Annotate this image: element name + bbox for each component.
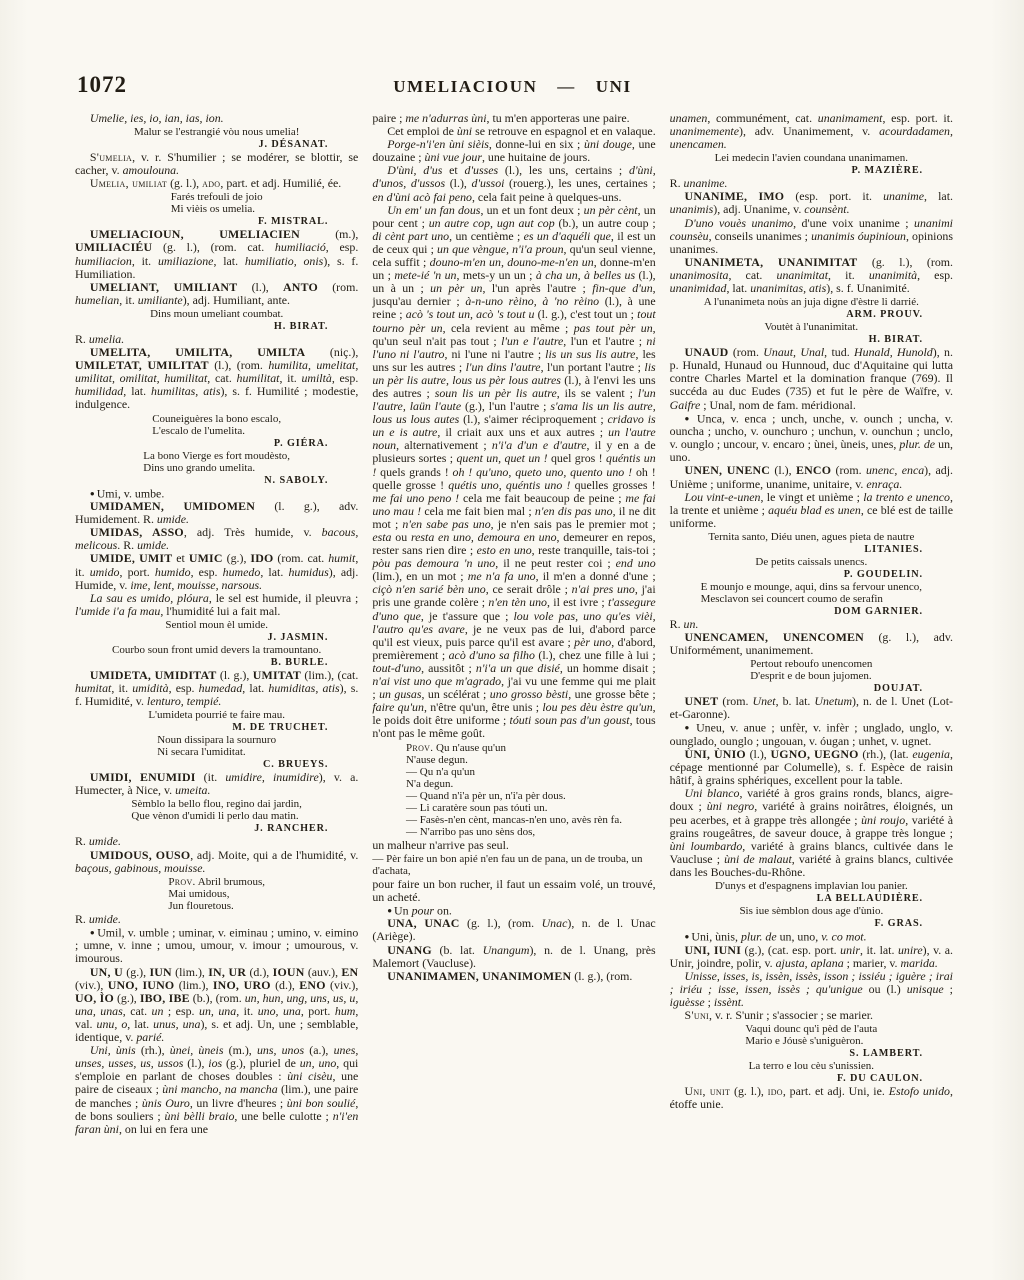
verse-citation: Dins moun umeliant coumbat. bbox=[150, 308, 283, 320]
text-run: UNENCAMEN, UNENCOMEN bbox=[685, 630, 864, 644]
text-run: ), adj. Humiliant, ante. bbox=[183, 293, 290, 307]
text-run: umidire, inumidire bbox=[225, 770, 318, 784]
verse-citation: Noun dissipara la sournuroNi secara l'um… bbox=[157, 734, 276, 758]
reference-line: R. umide. bbox=[75, 913, 358, 926]
text-run: ou (l.) bbox=[863, 982, 907, 996]
text-run: d'ussoi bbox=[472, 176, 505, 190]
text-run: quétis uno, quéntis uno ! bbox=[448, 478, 570, 492]
author-attribution: P. GOUDELIN. bbox=[670, 569, 953, 580]
text-run: R. bbox=[75, 332, 89, 346]
dictionary-entry: UMIDE, UMIT et UMIC (g.), IDO (rom. cat.… bbox=[75, 552, 358, 591]
text-run: (g. l.), (rom. bbox=[857, 255, 953, 269]
text-line: ● Umil, v. umble ; uminar, v. eiminau ; … bbox=[75, 926, 358, 966]
text-line: UMIDAMEN, UMIDOMEN (l. g.), adv. Humidem… bbox=[75, 500, 358, 526]
text-run: UMELIACIOUN, UMELIACIEN bbox=[90, 227, 300, 241]
author-attribution: F. MISTRAL. bbox=[75, 216, 358, 227]
author-attribution: N. SABOLY. bbox=[75, 475, 358, 486]
text-line: Lou vint-e-unen, le vingt et unième ; la… bbox=[670, 491, 953, 530]
text-line: S. LAMBERT. bbox=[670, 1048, 923, 1059]
text-run: F. GRAS. bbox=[875, 918, 923, 929]
text-line: N'ause degun. bbox=[406, 754, 622, 766]
text-run: (l.), les uns, certains ; bbox=[498, 163, 629, 177]
text-run: la trento e unenco bbox=[863, 490, 950, 504]
dictionary-entry: UN, U (g.), IUN (lim.), IN, UR (d.), IOU… bbox=[75, 966, 358, 1045]
text-run: umide. bbox=[89, 912, 121, 926]
verse-citation: E mounjo e mounge, aqui, dins sa fervour… bbox=[701, 581, 922, 605]
text-line: UNA, UNAC (g. l.), (rom. Unac), n. de l.… bbox=[372, 917, 655, 943]
text-run: UMIDE, UMIT bbox=[90, 551, 172, 565]
text-run: paire ; bbox=[372, 111, 405, 125]
dictionary-entry: UNET (rom. Unet, b. lat. Unetum), n. de … bbox=[670, 695, 953, 721]
text-run: unanime. bbox=[684, 176, 728, 190]
text-run: , esp. port. it. bbox=[882, 111, 953, 125]
text-line: UNENCAMEN, UNENCOMEN (g. l.), adv. Unifo… bbox=[670, 631, 953, 657]
text-run: , cela revient au même ; bbox=[443, 321, 574, 335]
author-attribution: J. RANCHER. bbox=[75, 823, 358, 834]
text-run: (d.), bbox=[246, 965, 272, 979]
text-run: (niç.), bbox=[305, 345, 358, 359]
text-run: D'ùni, d'us bbox=[387, 163, 442, 177]
text-run: Qu n'ause qu'un bbox=[433, 742, 506, 754]
text-run: Umelie, ies, io, ian, ias, ion. bbox=[90, 111, 224, 125]
text-line: UNANG (b. lat. Unangum), n. de l. Unang,… bbox=[372, 944, 655, 970]
text-run: Dins moun umeliant coumbat. bbox=[150, 308, 283, 320]
text-line: Umelia, umiliat (g. l.), ado, part. et a… bbox=[75, 177, 358, 190]
text-run: un malheur n'arrive pas seul. bbox=[372, 838, 509, 852]
text-line: UNANIMETA, UNANIMITAT (g. l.), (rom. una… bbox=[670, 256, 953, 295]
dictionary-entry: D'ùni, d'us et d'usses (l.), les uns, ce… bbox=[372, 164, 655, 203]
text-run: unus, una bbox=[153, 1017, 200, 1031]
text-run: P. GIÉRA. bbox=[274, 438, 328, 449]
text-line: ● Umi, v. umbe. bbox=[75, 487, 358, 501]
text-run: Gaifre bbox=[670, 398, 701, 412]
text-run: n'en sabe pas uno bbox=[402, 517, 490, 531]
text-run: Voutèt à l'unanimitat. bbox=[764, 321, 858, 333]
text-run: Noun dissipara la sournuro bbox=[157, 734, 276, 746]
text-run: un que vèngue, n'i'a proun bbox=[437, 242, 564, 256]
paragraph-continuation: un malheur n'arrive pas seul. bbox=[372, 839, 655, 852]
text-line: E mounjo e mounge, aqui, dins sa fervour… bbox=[701, 581, 922, 593]
text-run: , port. bbox=[119, 565, 154, 579]
text-run: humiditas, atis bbox=[268, 681, 339, 695]
text-run: (l. g.), c'est tout un ; bbox=[535, 307, 638, 321]
text-run: (viv.), bbox=[75, 978, 108, 992]
text-run: UNANIME, IMO bbox=[685, 189, 785, 203]
text-run: , reste tranquille, tais-toi ; bbox=[532, 543, 656, 557]
verse-citation: D'unys et d'espagnens implavian lou pani… bbox=[715, 880, 908, 892]
text-line: F. DU CAULON. bbox=[670, 1073, 923, 1084]
text-line: H. BIRAT. bbox=[75, 321, 328, 332]
dictionary-entry: ● Umil, v. umble ; uminar, v. eiminau ; … bbox=[75, 926, 358, 966]
text-run: unanimosita bbox=[670, 268, 729, 282]
author-attribution: DOUJAT. bbox=[670, 683, 953, 694]
text-line: Uni, ùnis (rh.), ùnei, ùneis (m.), uns, … bbox=[75, 1044, 358, 1136]
text-run: (g.), bbox=[223, 551, 251, 565]
text-run: Vaqui dounc qu'i pèd de l'auta bbox=[745, 1023, 877, 1035]
text-run: Sis iue sèmblon dous age d'ùnio. bbox=[739, 905, 883, 917]
text-run: , lat. bbox=[127, 1017, 153, 1031]
text-run: Umil, v. umble ; uminar, v. eiminau ; um… bbox=[75, 925, 358, 965]
author-attribution: F. DU CAULON. bbox=[670, 1073, 953, 1084]
text-run: unanimità bbox=[869, 268, 917, 282]
text-line: pour faire un bon rucher, il faut un ess… bbox=[372, 878, 655, 904]
text-line: Mario e Jóusè s'uniguèron. bbox=[745, 1035, 877, 1047]
text-run: Mario e Jóusè s'uniguèron. bbox=[745, 1035, 863, 1047]
text-line: UMIDE, UMIT et UMIC (g.), IDO (rom. cat.… bbox=[75, 552, 358, 591]
text-run: UNA, UNAC bbox=[387, 916, 459, 930]
text-run: un autre cop, ugn aut cop bbox=[429, 216, 555, 230]
text-run: (g.), (cat. esp. port. bbox=[741, 943, 840, 957]
text-run: Couneiguères la bono escalo, bbox=[152, 413, 281, 425]
text-run: IDO bbox=[250, 551, 273, 565]
text-run: Que vènon d'umidi li perlo dau matin. bbox=[131, 810, 298, 822]
text-run: Sentiol moun èl umide. bbox=[165, 619, 268, 631]
text-run: ENO bbox=[299, 978, 325, 992]
text-run: (a.), bbox=[304, 1043, 333, 1057]
text-line: J. RANCHER. bbox=[75, 823, 328, 834]
text-run: , esp. bbox=[169, 681, 199, 695]
text-run: humiliació bbox=[275, 240, 326, 254]
text-run: , ce serait drôle ; bbox=[486, 582, 572, 596]
text-line: UNEN, UNENC (l.), ENCO (rom. unenc, enca… bbox=[670, 464, 953, 490]
text-run: un, uno, bbox=[777, 930, 822, 944]
text-run: faire qu'un bbox=[372, 700, 424, 714]
text-run: ùnei, ùneis bbox=[170, 1043, 224, 1057]
text-run: unir bbox=[840, 943, 860, 957]
dictionary-entry: S'uni, v. r. S'unir ; s'associer ; se ma… bbox=[670, 1009, 953, 1022]
text-line: Lei medecin l'avien coundana unanimamen. bbox=[715, 152, 909, 164]
dictionary-entry: UMELIANT, UMILIANT (l.), ANTO (rom. hume… bbox=[75, 281, 358, 307]
dictionary-entry: ● Uneu, v. anue ; unfèr, v. infèr ; ungl… bbox=[670, 721, 953, 748]
text-run: humiliatio, onis bbox=[245, 254, 323, 268]
text-run: acò 's tout un, acò 's tout u bbox=[406, 307, 535, 321]
text-run: ùni loumbardo bbox=[670, 839, 743, 853]
author-attribution: LITANIES. bbox=[670, 544, 953, 555]
text-line: Prov. Abril brumous, bbox=[168, 876, 265, 888]
text-line: Porge-n'i'en ùni sièis, donne-lui en six… bbox=[372, 138, 655, 164]
text-line: De petits caissals unencs. bbox=[755, 556, 867, 568]
text-run: , il criait aux uns et aux autres ; bbox=[437, 425, 608, 439]
text-run: quels grands ! bbox=[376, 465, 452, 479]
text-line: A l'unanimeta noùs an juja digne d'èstre… bbox=[704, 296, 919, 308]
text-run: humiliacion bbox=[75, 254, 132, 268]
text-run: Uni blanco bbox=[685, 786, 740, 800]
dictionary-entry: UMIDOUS, OUSO, adj. Moite, qui a de l'hu… bbox=[75, 849, 358, 875]
text-run: Uni, ùnis, bbox=[691, 930, 741, 944]
text-run: UMILETAT, UMILITAT bbox=[75, 358, 209, 372]
text-run: issènt. bbox=[714, 995, 744, 1009]
text-run: D'esprit e de boun jujomen. bbox=[750, 670, 871, 682]
text-run: , aussitôt ; bbox=[421, 661, 476, 675]
text-run: , v. r. S'unir ; s'associer ; se marier. bbox=[709, 1008, 873, 1022]
text-run: ● bbox=[685, 414, 697, 423]
text-line: un malheur n'arrive pas seul. bbox=[372, 839, 655, 852]
text-run: Lou vint-e-unen bbox=[685, 490, 761, 504]
text-run: Uni, ùnis bbox=[90, 1043, 136, 1057]
text-run: ; bbox=[944, 982, 953, 996]
text-run: Unetum bbox=[814, 694, 852, 708]
verse-citation: Sèmblo la bello flou, regino dai jardin,… bbox=[131, 798, 301, 822]
text-run: (lim.), bbox=[172, 965, 208, 979]
text-run: (rom. bbox=[718, 694, 752, 708]
text-run: lenturo, tempié. bbox=[147, 694, 222, 708]
text-run: unenc, enca bbox=[866, 463, 924, 477]
text-run: Uni, unit bbox=[685, 1084, 731, 1098]
dictionary-entry: UNANIMAMEN, UNANIMOMEN (l. g.), (rom. bbox=[372, 970, 655, 983]
text-run: humilitas, atis bbox=[151, 384, 220, 398]
text-run: UMIDOUS, OUSO bbox=[90, 848, 190, 862]
text-run: (g.), bbox=[123, 965, 149, 979]
text-run: (g. l.), (rom. cat. bbox=[152, 240, 275, 254]
text-run: , lat. bbox=[123, 384, 151, 398]
text-run: (l.), chez une fille à lui ; bbox=[535, 648, 656, 662]
verse-citation: Pertout reboufo unencomenD'esprit e de b… bbox=[750, 658, 872, 682]
text-line: UN, U (g.), IUN (lim.), IN, UR (d.), IOU… bbox=[75, 966, 358, 1045]
text-line: UMELITA, UMILITA, UMILTA (niç.), UMILETA… bbox=[75, 346, 358, 411]
text-line: Sis iue sèmblon dous age d'ùnio. bbox=[739, 905, 883, 917]
text-run: mete-ié 'n un bbox=[394, 268, 456, 282]
text-run: humelian bbox=[75, 293, 119, 307]
text-run: (g. l.), (rom. bbox=[460, 916, 542, 930]
text-run: H. BIRAT. bbox=[274, 321, 328, 332]
text-run: La sau es umido, plóura bbox=[90, 591, 209, 605]
verse-citation: A l'unanimeta noùs an juja digne d'èstre… bbox=[704, 296, 919, 308]
text-run: (l.), (rom. bbox=[209, 358, 269, 372]
text-line: UNI, IUNI (g.), (cat. esp. port. unir, i… bbox=[670, 944, 953, 970]
text-run: unanimis óupinioun bbox=[811, 229, 906, 243]
text-run: acò d'uno sa filho bbox=[449, 648, 535, 662]
text-line: Couneiguères la bono escalo, bbox=[152, 413, 281, 425]
text-run: UMITAT bbox=[253, 668, 301, 682]
dictionary-entry: UMELIACIOUN, UMELIACIEN (m.), UMILIACIÉU… bbox=[75, 228, 358, 280]
text-run: ENCO bbox=[796, 463, 831, 477]
text-run: UNANIMAMEN, UNANIMOMEN bbox=[387, 969, 571, 983]
text-run: (b.), un autre coup ; bbox=[555, 216, 656, 230]
text-run: unire bbox=[898, 943, 923, 957]
text-run: ùni douge bbox=[584, 137, 632, 151]
text-run: . R. bbox=[117, 538, 137, 552]
text-run: unanimitas, atis bbox=[750, 281, 826, 295]
verse-citation: Courbo soun front umid devers la tramoun… bbox=[112, 644, 321, 656]
text-run: v. co mot. bbox=[821, 930, 866, 944]
text-run: humedad bbox=[199, 681, 243, 695]
text-run: humilidad bbox=[75, 384, 123, 398]
text-run: LA BELLAUDIÈRE. bbox=[817, 893, 923, 904]
text-line: UMIDI, ENUMIDI (it. umidire, inumidire),… bbox=[75, 771, 358, 797]
text-run: (d.), bbox=[271, 978, 300, 992]
text-run: UMELIANT, UMILIANT bbox=[90, 280, 237, 294]
text-line: Mai umidous, bbox=[168, 888, 265, 900]
text-line: Courbo soun front umid devers la tramoun… bbox=[112, 644, 321, 656]
text-line: unamen, communément, cat. unanimament, e… bbox=[670, 112, 953, 151]
text-run: et bbox=[442, 163, 464, 177]
text-run: plur. de bbox=[899, 437, 935, 451]
text-run: umeita. bbox=[175, 783, 210, 797]
text-run: (l. g.), bbox=[217, 668, 253, 682]
text-run: , donne-lui en six ; bbox=[489, 137, 584, 151]
text-run: n'i'a un que disié bbox=[476, 661, 560, 675]
text-run: Dins uno grando umelita. bbox=[143, 462, 255, 474]
text-run: R. bbox=[75, 834, 89, 848]
text-run: ), s. f. Unanimité. bbox=[826, 281, 910, 295]
text-run: (l.), bbox=[746, 747, 771, 761]
text-run: , esp. bbox=[917, 268, 953, 282]
text-run: iguèsse bbox=[670, 995, 705, 1009]
text-run: J. JASMIN. bbox=[268, 632, 329, 643]
text-run: S'uni bbox=[685, 1008, 709, 1022]
text-run: , adj. Très humide, v. bbox=[184, 525, 322, 539]
text-run: cela me fait bien mal ; bbox=[421, 504, 535, 518]
text-run: P. GOUDELIN. bbox=[844, 569, 923, 580]
text-run: et bbox=[172, 551, 189, 565]
text-run: umiltà bbox=[301, 371, 331, 385]
verse-citation: L'umideta pourrié te faire mau. bbox=[148, 709, 285, 721]
text-line: Voutèt à l'unanimitat. bbox=[764, 321, 858, 333]
text-line: Malur se l'estrangié vòu nous umelia! bbox=[134, 126, 299, 138]
text-run: DOUJAT. bbox=[874, 683, 923, 694]
text-run: , le sel est humide, il pleuvra ; bbox=[209, 591, 358, 605]
text-line: LITANIES. bbox=[670, 544, 923, 555]
author-attribution: P. GIÉRA. bbox=[75, 438, 358, 449]
text-run: ùni cisèu bbox=[287, 1069, 332, 1083]
verse-citation: Ternita santo, Diéu unen, agues pieta de… bbox=[708, 531, 914, 543]
text-run: L'escalo de l'umelita. bbox=[152, 425, 245, 437]
text-line: UNANIME, IMO (esp. port. it. unanime, la… bbox=[670, 190, 953, 216]
text-line: UMELIACIOUN, UMELIACIEN (m.), UMILIACIÉU… bbox=[75, 228, 358, 280]
author-attribution: J. JASMIN. bbox=[75, 632, 358, 643]
text-run: , cat. bbox=[207, 371, 236, 385]
text-run: me n'adurras ùni bbox=[405, 111, 486, 125]
text-run: ùni bon soulié bbox=[287, 1096, 356, 1110]
text-run: ÙNI, ÙNIO bbox=[685, 747, 746, 761]
verse-citation: Vaqui dounc qu'i pèd de l'autaMario e Jó… bbox=[745, 1023, 877, 1047]
text-run: ; Unal, nom de fam. méridional. bbox=[700, 398, 856, 412]
text-run: unanime bbox=[883, 189, 924, 203]
author-attribution: P. MAZIÈRE. bbox=[670, 165, 953, 176]
text-line: ● Uneu, v. anue ; unfèr, v. infèr ; ungl… bbox=[670, 721, 953, 748]
text-run: (g.), bbox=[114, 991, 140, 1005]
text-run: eugenia bbox=[912, 747, 950, 761]
text-run: (rom. bbox=[831, 463, 866, 477]
text-run: E mounjo e mounge, aqui, dins sa fervour… bbox=[701, 581, 922, 593]
text-run: , part. et adj. Humilié, ée. bbox=[220, 176, 341, 190]
text-run: R. bbox=[670, 176, 684, 190]
text-run: Estofo unido bbox=[889, 1084, 950, 1098]
text-run: ANTO bbox=[283, 280, 318, 294]
verse-citation: Couneiguères la bono escalo,L'escalo de … bbox=[152, 413, 281, 437]
text-line: N. SABOLY. bbox=[75, 475, 328, 486]
text-run: (g. l.), bbox=[730, 1084, 768, 1098]
text-run: Sèmblo la bello flou, regino dai jardin, bbox=[131, 798, 301, 810]
text-line: Mesclavon sei councert coumo de serafin bbox=[701, 593, 922, 605]
text-line: F. MISTRAL. bbox=[75, 216, 328, 227]
text-run: , it. bbox=[111, 681, 132, 695]
text-run: , un et un font deux ; bbox=[480, 203, 583, 217]
text-run: , l'un et l'autre ; bbox=[563, 334, 646, 348]
text-run: d'usses bbox=[465, 163, 499, 177]
text-line: D'unys et d'espagnens implavian lou pani… bbox=[715, 880, 908, 892]
text-run: Un bbox=[394, 903, 412, 917]
text-column-1: Umelie, ies, io, ian, ias, ion.Malur se … bbox=[75, 112, 358, 1136]
author-attribution: ARM. PROUV. bbox=[670, 309, 953, 320]
text-run: Courbo soun front umid devers la tramoun… bbox=[112, 644, 321, 656]
text-line: S'uni, v. r. S'unir ; s'associer ; se ma… bbox=[670, 1009, 953, 1022]
text-run: H. BIRAT. bbox=[869, 334, 923, 345]
text-run: umiliante bbox=[138, 293, 183, 307]
text-run: pas tout pèr un bbox=[574, 321, 653, 335]
text-run: , une huitaine de jours. bbox=[482, 150, 590, 164]
text-run: unanimis bbox=[670, 202, 714, 216]
text-line: M. DE TRUCHET. bbox=[75, 722, 328, 733]
text-run: uno grosso bèsti bbox=[490, 687, 568, 701]
text-run: Ternita santo, Diéu unen, agues pieta de… bbox=[708, 531, 914, 543]
text-run: (l. g.), (rom. bbox=[571, 969, 632, 983]
text-run: R. bbox=[670, 617, 684, 631]
text-run: me n'a fa uno bbox=[468, 569, 536, 583]
text-run: (rom. cat. bbox=[273, 551, 328, 565]
text-run: umelia. bbox=[89, 332, 124, 346]
text-line: R. umide. bbox=[75, 913, 358, 926]
text-run: F. DU CAULON. bbox=[837, 1073, 923, 1084]
text-run: ùni mancho, na mancha bbox=[162, 1082, 277, 1096]
text-line: UMIDAS, ASSO, adj. Très humide, v. bacou… bbox=[75, 526, 358, 552]
text-line: ARM. PROUV. bbox=[670, 309, 923, 320]
dictionary-entry: ÙNI, ÙNIO (l.), UGNO, UEGNO (rh.), (lat.… bbox=[670, 748, 953, 787]
text-run: Prov. bbox=[406, 742, 433, 754]
text-run: UN, U bbox=[90, 965, 123, 979]
text-run: un bbox=[152, 1004, 164, 1018]
text-run: fin-que d'un bbox=[592, 281, 652, 295]
text-run: J. DÉSANAT. bbox=[259, 139, 329, 150]
text-run: Unaut, Unal bbox=[763, 345, 824, 359]
text-run: un pèr cènt bbox=[584, 203, 638, 217]
text-line: UMIDETA, UMIDITAT (l. g.), UMITAT (lim.)… bbox=[75, 669, 358, 708]
text-run: A l'unanimeta noùs an juja digne d'èstre… bbox=[704, 296, 919, 308]
text-run: Unangum bbox=[483, 943, 530, 957]
text-run: (b.), (rom. bbox=[190, 991, 245, 1005]
text-run: parié. bbox=[136, 1030, 164, 1044]
text-run: plur. de bbox=[741, 930, 777, 944]
text-run: , il ne peut rester coi ; bbox=[495, 556, 615, 570]
text-run: esto en uno bbox=[477, 543, 532, 557]
text-run: aquéu blad es unen bbox=[768, 503, 861, 517]
text-run: umiliazione bbox=[158, 254, 214, 268]
text-run: (m.), bbox=[224, 1043, 257, 1057]
text-run: umide. bbox=[89, 834, 121, 848]
text-run: , part. et adj. Uni, ie. bbox=[783, 1084, 889, 1098]
text-run: ARM. PROUV. bbox=[846, 309, 923, 320]
page-header: 1072 UMELIACIOUN — UNI bbox=[75, 72, 950, 106]
text-line: DOM GARNIER. bbox=[670, 606, 923, 617]
text-run: un, uno bbox=[300, 1056, 337, 1070]
text-run: tout-d'uno bbox=[372, 661, 421, 675]
text-run: (rom. bbox=[318, 280, 358, 294]
text-run: UGNO, UEGNO bbox=[770, 747, 858, 761]
text-run: , l'un après l'autre ; bbox=[483, 281, 593, 295]
text-run: l'un dins l'autre bbox=[466, 360, 541, 374]
text-line: DOUJAT. bbox=[670, 683, 923, 694]
text-run: humidus bbox=[288, 565, 328, 579]
text-run: , esp. bbox=[191, 565, 223, 579]
text-run: , il m'en a donné d'une ; bbox=[536, 569, 656, 583]
text-run: unanimament bbox=[818, 111, 883, 125]
text-line: UNANIMAMEN, UNANIMOMEN (l. g.), (rom. bbox=[372, 970, 655, 983]
dictionary-entry: UMELITA, UMILITA, UMILTA (niç.), UMILETA… bbox=[75, 346, 358, 411]
columns-container: Umelie, ies, io, ian, ias, ion.Malur se … bbox=[75, 112, 953, 1136]
text-run: , cat. bbox=[728, 268, 776, 282]
dictionary-entry: ● Umi, v. umbe. bbox=[75, 487, 358, 501]
text-run: en d'ùni acò fai peno bbox=[372, 190, 472, 204]
